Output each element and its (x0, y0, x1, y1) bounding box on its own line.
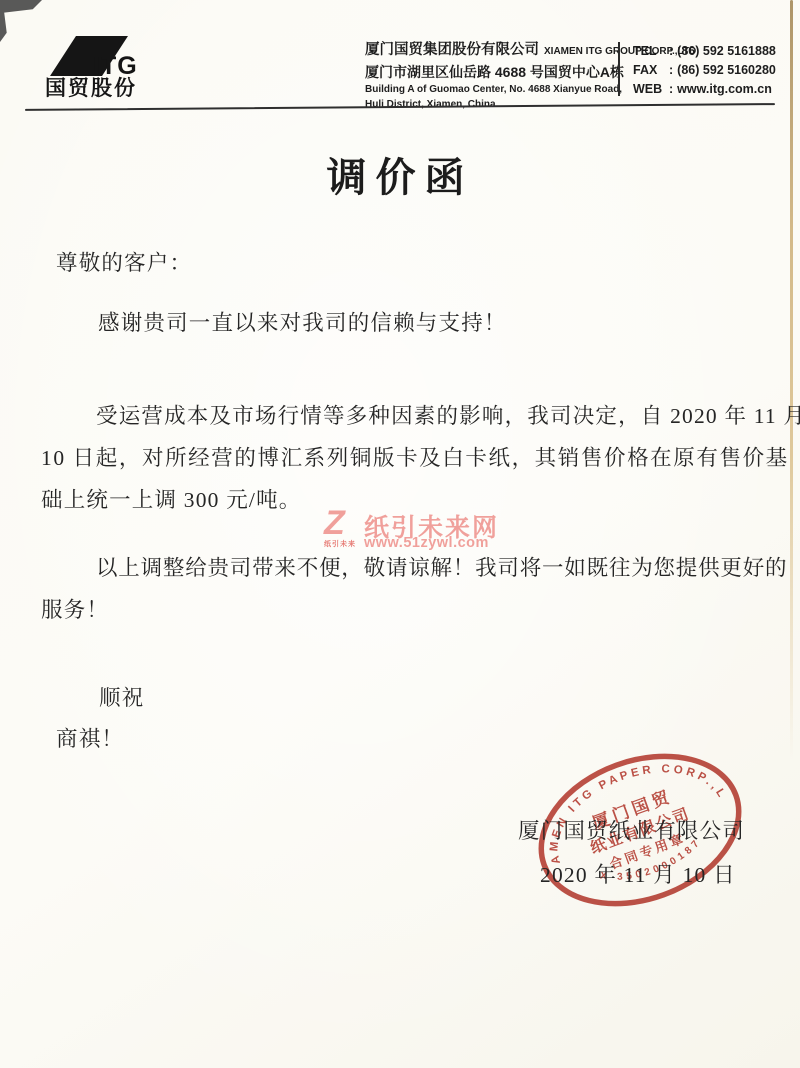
company-address-cn: 厦门市湖里区仙岳路 4688 号国贸中心A栋 (365, 62, 615, 82)
watermark-z-logo-icon: Z (324, 506, 345, 540)
itg-logo: ITG 国贸股份 (45, 28, 195, 98)
colon: : (669, 80, 673, 99)
watermark: Z 纸引未来 纸引未来网 www.51zywl.com (324, 506, 484, 552)
web-value: www.itg.com.cn (677, 80, 772, 99)
colon: : (669, 42, 673, 61)
watermark-logo-caption: 纸引未来 (324, 539, 356, 549)
paragraph-thanks: 感谢贵司一直以来对我司的信赖与支持！ (98, 306, 507, 337)
watermark-site-url: www.51zywl.com (364, 535, 489, 551)
signature-company: 厦门国贸纸业有限公司 (518, 814, 745, 845)
colon: : (669, 61, 673, 80)
paragraph-adjustment-line1: 受运营成本及市场行情等多种因素的影响，我司决定，自 2020 年 11 月 (96, 399, 800, 430)
company-name-cn: 厦门国贸集团股份有限公司 (365, 42, 539, 58)
tel-value: (86) 592 5161888 (677, 42, 776, 61)
fax-value: (86) 592 5160280 (677, 61, 776, 80)
contact-row-web: WEB : www.itg.com.cn (633, 80, 783, 99)
web-label: WEB (633, 80, 669, 99)
letter-sheet: ITG 国贸股份 厦门国贸集团股份有限公司XIAMEN ITG GROUP CO… (0, 0, 800, 1068)
company-address-en-1: Building A of Guomao Center, No. 4688 Xi… (365, 84, 615, 97)
header-company-block: 厦门国贸集团股份有限公司XIAMEN ITG GROUP CORP.,LTD 厦… (365, 38, 615, 111)
header-contact-block: TEL : (86) 592 5161888 FAX : (86) 592 51… (633, 42, 783, 99)
contact-row-tel: TEL : (86) 592 5161888 (633, 42, 783, 61)
paragraph-adjustment-line3: 础上统一上调 300 元/吨。 (41, 483, 301, 514)
paragraph-apology-line1: 以上调整给贵司带来不便，敬请谅解！我司将一如既往为您提供更好的 (96, 551, 787, 582)
photo-edge-line (790, 0, 793, 760)
fax-label: FAX (633, 61, 669, 80)
salutation: 尊敬的客户： (56, 246, 192, 277)
photo-corner-shadow (0, 0, 42, 42)
watermark-site-name: 纸引未来网 (364, 508, 499, 544)
closing-wish-line2: 商祺！ (56, 722, 124, 753)
letter-title: 调价函 (0, 146, 800, 203)
tel-label: TEL (633, 42, 669, 61)
contact-row-fax: FAX : (86) 592 5160280 (633, 61, 783, 80)
closing-wish-line1: 顺祝 (99, 681, 144, 712)
itg-logo-brand-cn: 国贸股份 (45, 72, 137, 102)
paragraph-adjustment-line2: 10 日起，对所经营的博汇系列铜版卡及白卡纸，其销售价格在原有售价基 (41, 441, 789, 472)
header-divider (618, 42, 620, 96)
signature-date: 2020 年 11 月 10 日 (540, 858, 736, 889)
paragraph-apology-line2: 服务！ (41, 593, 109, 624)
